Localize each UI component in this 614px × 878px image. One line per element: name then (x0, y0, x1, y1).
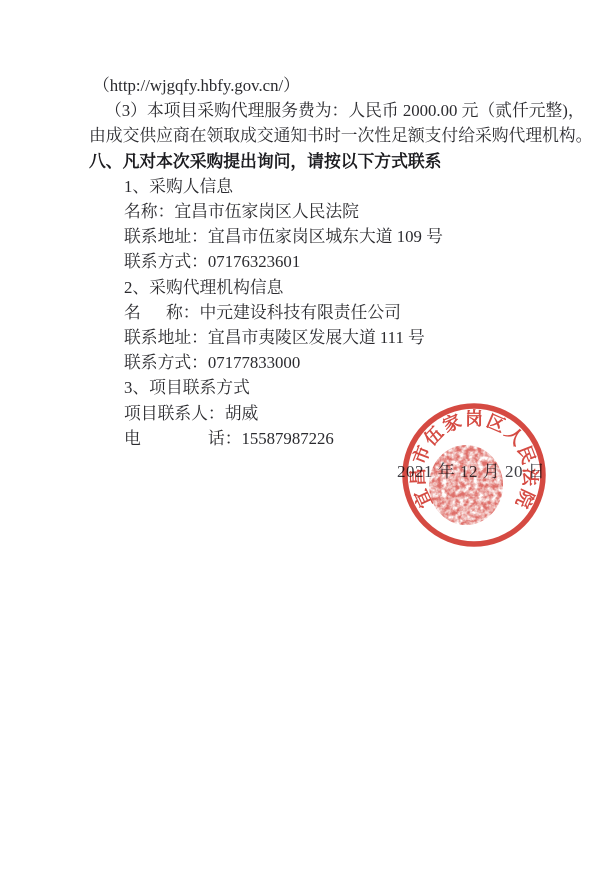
date-stamp: 2021 年 12 月 20 日 (397, 461, 545, 483)
text-line: 八、凡对本次采购提出询问，请按以下方式联系 (89, 149, 614, 174)
document-page: （http://wjgqfy.hbfy.gov.cn/）（3）本项目采购代理服务… (0, 0, 614, 878)
text-line: 联系方式：07177833000 (124, 350, 614, 375)
text-line: 2、采购代理机构信息 (124, 275, 614, 300)
text-line: 1、采购人信息 (124, 174, 614, 199)
text-line: （http://wjgqfy.hbfy.gov.cn/） (93, 73, 614, 98)
text-line: 联系地址：宜昌市夷陵区发展大道 111 号 (124, 325, 614, 350)
text-line: 由成交供应商在领取成交通知书时一次性足额支付给采购代理机构。 (89, 123, 614, 148)
seal-char: 岗 (465, 408, 483, 429)
text-line: 联系地址：宜昌市伍家岗区城东大道 109 号 (124, 224, 614, 249)
seal-emblem-national-emblem (429, 445, 503, 525)
text-line: 联系方式：07176323601 (124, 249, 614, 274)
text-line: （3）本项目采购代理服务费为：人民币 2000.00 元（贰仟元整)， (105, 98, 614, 123)
text-line: 名 称：中元建设科技有限责任公司 (124, 300, 614, 325)
text-line: 名称：宜昌市伍家岗区人民法院 (124, 199, 614, 224)
